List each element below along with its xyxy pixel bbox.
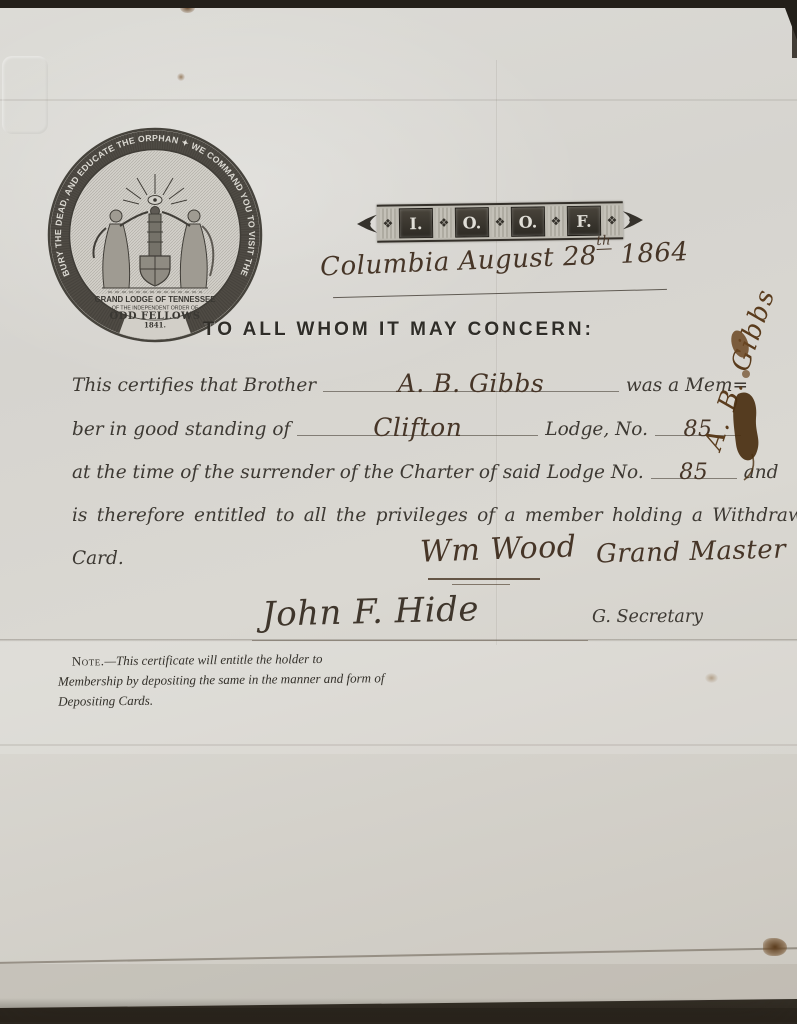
grand-master-signature: Wm Wood (419, 529, 577, 569)
grand-master-title-handwritten: Grand Master (596, 535, 787, 570)
signature-flourish-line (452, 584, 510, 585)
fill-blank-lodge-name: Clifton (297, 422, 538, 436)
paper-stain (177, 73, 185, 81)
handwritten-lodge-name: Clifton (373, 413, 462, 442)
seal-org-line1: GRAND LODGE OF TENNESSEE (95, 295, 216, 304)
ornament-core: ❖ I. ❖ O. ❖ O. ❖ F. ❖ (377, 201, 624, 242)
footnote-text: —This certificate will entitle the holde… (58, 651, 385, 709)
grand-lodge-seal: BURY THE DEAD, AND EDUCATE THE ORPHAN ✦ … (44, 124, 266, 346)
secretary-signature-rule (252, 640, 588, 641)
body-line-1: This certifies that Brother A. B. Gibbs … (72, 375, 748, 396)
signature-flourish-line (428, 578, 540, 580)
printed-text: ber in good standing of (72, 419, 290, 440)
paper-stain (705, 673, 718, 683)
body-line-4: is therefore entitled to all the privile… (72, 505, 748, 526)
body-line-3: at the time of the surrender of the Char… (72, 462, 748, 483)
ioof-ornament-banner: ❖ I. ❖ O. ❖ O. ❖ F. ❖ (372, 201, 629, 243)
printed-text: This certifies that Brother (72, 375, 316, 396)
altar-column-icon (147, 207, 163, 257)
ornament-separator-icon: ❖ (548, 206, 564, 236)
initial-tile-f: F. (567, 206, 601, 236)
printed-text: Card. (72, 548, 124, 569)
horizontal-crease-lower (0, 744, 797, 746)
horizontal-crease-top (0, 99, 797, 101)
salutation-heading: TO ALL WHOM IT MAY CONCERN: (0, 319, 797, 341)
ink-blot (722, 322, 772, 482)
background-corner-top-right (782, 0, 797, 40)
photograph-background: BURY THE DEAD, AND EDUCATE THE ORPHAN ✦ … (0, 0, 797, 1024)
secretary-signature: John F. Hide (262, 589, 480, 635)
paper-tear-stain (763, 938, 787, 956)
ornament-separator-icon: ❖ (436, 208, 452, 238)
ornament-separator-icon: ❖ (604, 205, 620, 235)
printed-text: is therefore entitled to all the privile… (72, 505, 797, 526)
footnote: Note.—This certificate will entitle the … (58, 648, 391, 712)
left-finial-icon (357, 211, 377, 237)
handwritten-member-name: A. B. Gibbs (398, 369, 545, 398)
initial-tile-o1: O. (455, 207, 489, 237)
ornament-separator-icon: ❖ (380, 208, 396, 238)
dateline-year: 1864 (620, 237, 689, 270)
right-finial-icon (623, 207, 643, 233)
dateline-date: August 28 (458, 241, 598, 277)
fill-blank-member-name: A. B. Gibbs (323, 378, 619, 392)
printed-text: at the time of the surrender of the Char… (72, 462, 644, 483)
body-line-2: ber in good standing of Clifton Lodge, N… (72, 419, 748, 440)
initial-tile-i: I. (399, 208, 433, 238)
printed-text: Lodge, No. (545, 419, 648, 440)
ornament-separator-icon: ❖ (492, 207, 508, 237)
dateline-ordinal: th (596, 234, 611, 251)
blind-embossed-stamp (2, 56, 48, 134)
initial-tile-o2: O. (511, 206, 545, 236)
secretary-title-printed: G. Secretary (592, 607, 703, 627)
background-edge-top (0, 0, 797, 8)
dateline-place: Columbia (320, 247, 451, 282)
footnote-label: Note. (72, 653, 105, 668)
paper-bottom-shadow (0, 998, 797, 1022)
